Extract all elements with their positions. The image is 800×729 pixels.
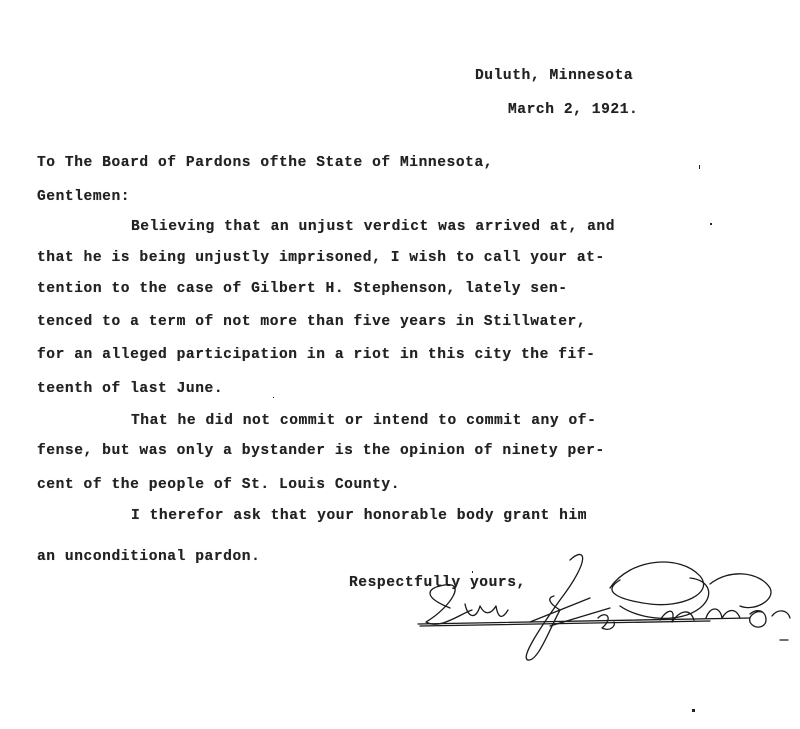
letter-place: Duluth, Minnesota xyxy=(475,67,633,85)
body-line: that he is being unjustly imprisoned, I … xyxy=(37,249,605,267)
scan-speck xyxy=(710,223,712,225)
body-line: I therefor ask that your honorable body … xyxy=(131,507,587,525)
body-line: for an alleged participation in a riot i… xyxy=(37,346,595,364)
letter-page: Duluth, Minnesota March 2, 1921. To The … xyxy=(0,0,800,729)
body-line: fense, but was only a bystander is the o… xyxy=(37,442,605,460)
scan-speck xyxy=(699,165,700,169)
letter-salutation: Gentlemen: xyxy=(37,188,130,206)
scan-speck xyxy=(273,397,274,398)
letter-date: March 2, 1921. xyxy=(508,101,638,119)
body-line: That he did not commit or intend to comm… xyxy=(131,412,596,430)
body-line: tenced to a term of not more than five y… xyxy=(37,313,586,331)
body-line: an unconditional pardon. xyxy=(37,548,260,566)
body-line: cent of the people of St. Louis County. xyxy=(37,476,400,494)
body-line: tention to the case of Gilbert H. Stephe… xyxy=(37,280,568,298)
signature-icon xyxy=(410,548,800,668)
body-line: Believing that an unjust verdict was arr… xyxy=(131,218,615,236)
scan-speck xyxy=(472,571,473,573)
body-line: teenth of last June. xyxy=(37,380,223,398)
letter-addressee: To The Board of Pardons ofthe State of M… xyxy=(37,154,493,172)
scan-speck xyxy=(692,709,695,712)
